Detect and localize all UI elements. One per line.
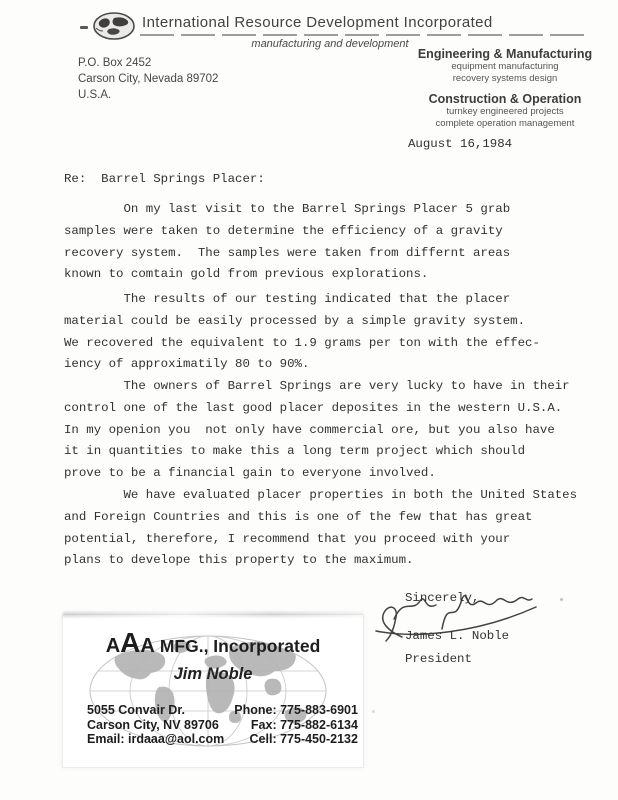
- card-phone: Phone: 775-883-6901: [234, 703, 358, 718]
- letter-paragraph: On my last visit to the Barrel Springs P…: [64, 199, 510, 286]
- card-person-name: Jim Noble: [63, 665, 363, 684]
- signer-name: James L. Noble: [405, 629, 509, 643]
- letter-paragraph: We have evaluated placer properties in b…: [64, 485, 577, 572]
- letter-subject: Re: Barrel Springs Placer:: [64, 172, 265, 186]
- card-cell: Cell: 775-450-2132: [234, 732, 358, 747]
- services-block: Engineering & Manufacturing equipment ma…: [415, 47, 595, 129]
- card-company-initial: A: [106, 635, 120, 657]
- card-fax: Fax: 775-882-6134: [234, 718, 358, 733]
- letterhead-rule: [140, 34, 588, 36]
- card-address-line: 5055 Convair Dr.: [87, 703, 224, 718]
- letter-paragraph: The results of our testing indicated tha…: [64, 289, 540, 376]
- card-address-line: Carson City, NV 89706: [87, 718, 224, 733]
- sender-address: P.O. Box 2452 Carson City, Nevada 89702 …: [78, 55, 218, 103]
- address-line: Carson City, Nevada 89702: [78, 71, 218, 87]
- services-engineering-sub: equipment manufacturing: [415, 61, 595, 73]
- services-construction-sub: complete operation management: [415, 118, 595, 130]
- letter-paragraph: The owners of Barrel Springs are very lu…: [64, 376, 570, 485]
- business-card: AAAMFG., Incorporated Jim Noble 5055 Con…: [62, 614, 364, 768]
- scan-mark: [80, 26, 88, 29]
- card-company-initial: A: [120, 627, 140, 658]
- address-line: U.S.A.: [78, 87, 218, 103]
- services-engineering-title: Engineering & Manufacturing: [415, 47, 595, 61]
- card-company-initial: A: [140, 635, 154, 657]
- company-name: International Resource Development Incor…: [142, 14, 493, 31]
- card-company-name: AAAMFG., Incorporated: [63, 627, 363, 659]
- scan-speck: [372, 710, 375, 713]
- scan-speck: [560, 598, 563, 601]
- services-construction-title: Construction & Operation: [415, 92, 595, 106]
- globe-icon: [92, 11, 136, 41]
- signer-title: President: [405, 652, 472, 666]
- address-line: P.O. Box 2452: [78, 55, 218, 71]
- letter-date: August 16,1984: [408, 137, 512, 151]
- services-engineering-sub: recovery systems design: [415, 73, 595, 85]
- services-construction-sub: turnkey engineered projects: [415, 106, 595, 118]
- card-contact-block: 5055 Convair Dr. Phone: 775-883-6901 Car…: [87, 703, 345, 747]
- scanned-letter-page: International Resource Development Incor…: [0, 0, 618, 800]
- card-company-rest: MFG., Incorporated: [160, 636, 320, 656]
- card-email: Email: irdaaa@aol.com: [87, 732, 224, 747]
